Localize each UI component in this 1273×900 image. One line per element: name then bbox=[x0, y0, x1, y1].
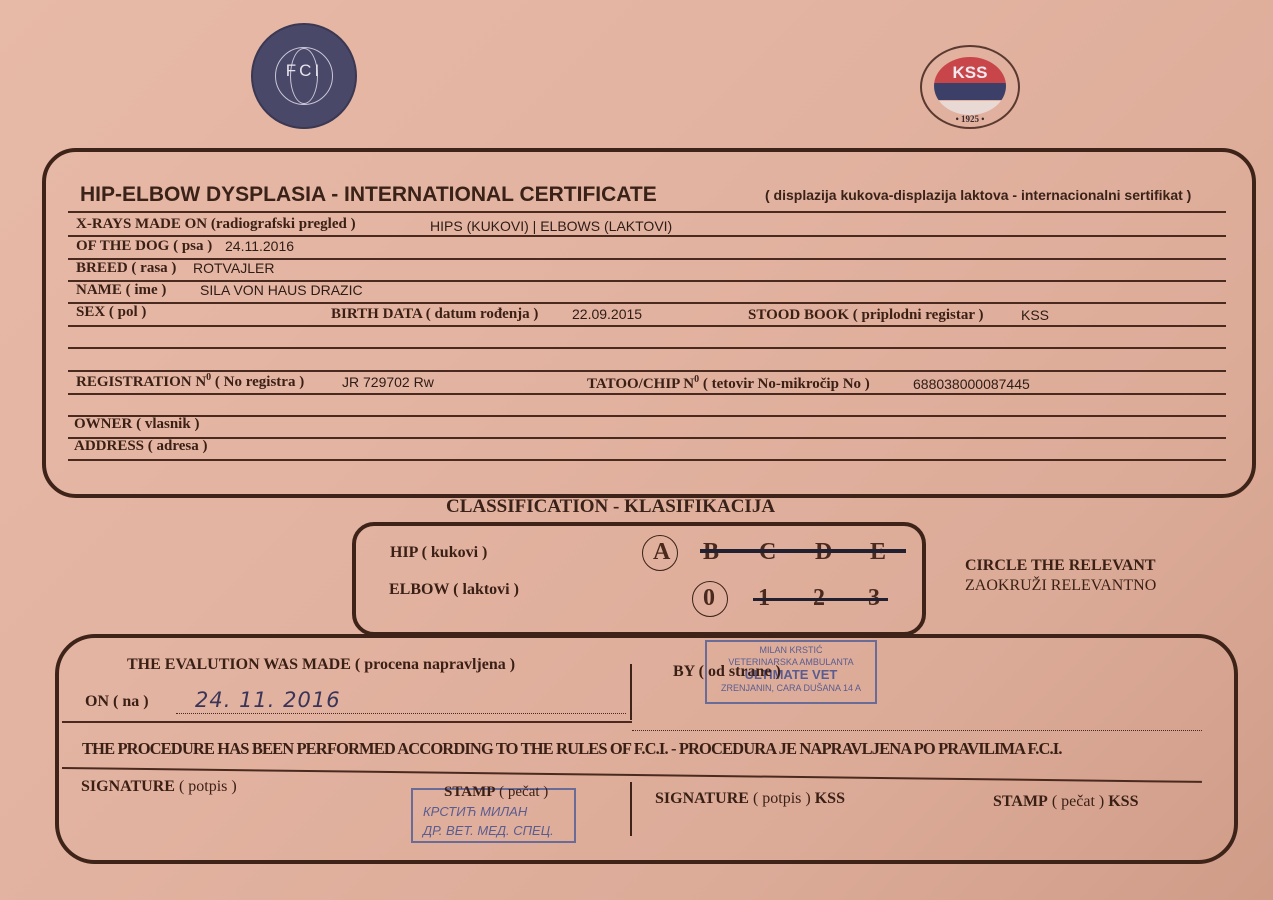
elbow-strikethrough bbox=[753, 598, 888, 601]
chip-label: TATOO/CHIP N0 ( tetovir No-mikročip No ) bbox=[587, 374, 870, 393]
fci-logo: FCI bbox=[251, 23, 357, 129]
by-date-field bbox=[632, 730, 1202, 731]
certificate-subtitle: ( displazija kukova-displazija laktova -… bbox=[765, 187, 1191, 203]
elbow-label: ELBOW ( laktovi ) bbox=[389, 581, 519, 599]
kss-logo-year: • 1925 • bbox=[912, 114, 1028, 124]
birth-label: BIRTH DATA ( datum rođenja ) bbox=[331, 306, 538, 323]
breed-value: ROTVAJLER bbox=[193, 260, 274, 276]
kss-logo: KSS • 1925 • bbox=[912, 45, 1028, 131]
fci-logo-text: FCI bbox=[253, 61, 355, 81]
address-label: ADDRESS ( adresa ) bbox=[74, 438, 207, 455]
on-date-field bbox=[176, 713, 626, 714]
registration-value: JR 729702 Rw bbox=[342, 374, 434, 390]
dog-value: 24.11.2016 bbox=[225, 238, 294, 254]
chip-value: 688038000087445 bbox=[913, 376, 1030, 392]
xrays-value: HIPS (KUKOVI) | ELBOWS (LAKTOVI) bbox=[430, 218, 672, 234]
circle-instruction-en: CIRCLE THE RELEVANT bbox=[965, 557, 1156, 575]
hip-label: HIP ( kukovi ) bbox=[390, 544, 487, 562]
kss-signature-label: SIGNATURE ( potpis ) KSS bbox=[655, 790, 845, 808]
xrays-label: X-RAYS MADE ON (radiografski pregled ) bbox=[76, 216, 356, 233]
breed-label: BREED ( rasa ) bbox=[76, 260, 176, 277]
dog-label: OF THE DOG ( psa ) bbox=[76, 238, 212, 255]
stamp-label: STAMP ( pečat ) bbox=[444, 784, 548, 801]
by-label: BY ( od strane ) bbox=[673, 663, 781, 681]
on-date-handwritten: 24. 11. 2016 bbox=[195, 688, 341, 712]
kss-logo-text: KSS bbox=[912, 63, 1028, 83]
elbow-selected-circle bbox=[692, 581, 728, 617]
evaluation-made-label: THE EVALUTION WAS MADE ( procena napravl… bbox=[127, 656, 515, 674]
owner-label: OWNER ( vlasnik ) bbox=[74, 416, 199, 433]
name-label: NAME ( ime ) bbox=[76, 282, 166, 299]
circle-instruction-local: ZAOKRUŽI RELEVANTNO bbox=[965, 577, 1156, 595]
section-divider bbox=[630, 664, 632, 720]
sex-label: SEX ( pol ) bbox=[76, 304, 146, 321]
birth-value: 22.09.2015 bbox=[572, 306, 642, 322]
signature-label: SIGNATURE ( potpis ) bbox=[81, 778, 237, 796]
classification-frame bbox=[352, 522, 926, 636]
hip-selected-circle bbox=[642, 535, 678, 571]
studbook-value: KSS bbox=[1021, 307, 1049, 323]
section-divider-2 bbox=[630, 782, 632, 836]
name-value: SILA VON HAUS DRAZIC bbox=[200, 282, 363, 298]
kss-stamp-label: STAMP ( pečat ) KSS bbox=[993, 793, 1138, 811]
hip-strikethrough bbox=[700, 549, 906, 553]
procedure-statement: THE PROCEDURE HAS BEEN PERFORMED ACCORDI… bbox=[82, 739, 1062, 759]
on-label: ON ( na ) bbox=[85, 693, 149, 711]
studbook-label: STOOD BOOK ( priplodni registar ) bbox=[748, 307, 983, 324]
registration-label: REGISTRATION N0 ( No registra ) bbox=[76, 372, 304, 391]
classification-title: CLASSIFICATION - KLASIFIKACIJA bbox=[446, 496, 775, 518]
certificate-title: HIP-ELBOW DYSPLASIA - INTERNATIONAL CERT… bbox=[80, 183, 657, 207]
